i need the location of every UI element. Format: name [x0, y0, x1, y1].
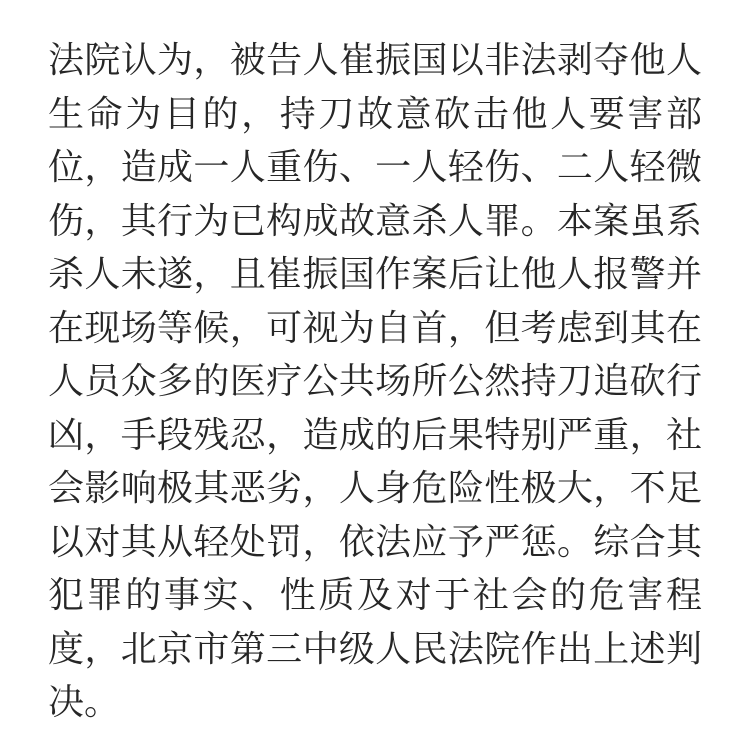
- text-line: 杀人未遂，且崔振国作案后让他人报警并: [48, 247, 702, 301]
- text-line: 人员众多的医疗公共场所公然持刀追砍行: [48, 354, 702, 408]
- text-line: 位，造成一人重伤、一人轻伤、二人轻微: [48, 140, 702, 194]
- text-line: 度，北京市第三中级人民法院作出上述判: [48, 622, 702, 676]
- text-line: 伤，其行为已构成故意杀人罪。本案虽系: [48, 194, 702, 248]
- text-line: 会影响极其恶劣，人身危险性极大，不足: [48, 461, 702, 515]
- text-line: 凶，手段残忍，造成的后果特别严重，社: [48, 408, 702, 462]
- article-page: 法院认为，被告人崔振国以非法剥夺他人 生命为目的，持刀故意砍击他人要害部 位，造…: [0, 0, 750, 747]
- text-line: 在现场等候，可视为自首，但考虑到其在: [48, 301, 702, 355]
- text-line: 生命为目的，持刀故意砍击他人要害部: [48, 87, 702, 141]
- text-line: 法院认为，被告人崔振国以非法剥夺他人: [48, 33, 702, 87]
- text-line-last: 决。: [48, 675, 702, 729]
- verdict-paragraph: 法院认为，被告人崔振国以非法剥夺他人 生命为目的，持刀故意砍击他人要害部 位，造…: [0, 0, 750, 729]
- text-line: 犯罪的事实、性质及对于社会的危害程: [48, 568, 702, 622]
- text-line: 以对其从轻处罚，依法应予严惩。综合其: [48, 515, 702, 569]
